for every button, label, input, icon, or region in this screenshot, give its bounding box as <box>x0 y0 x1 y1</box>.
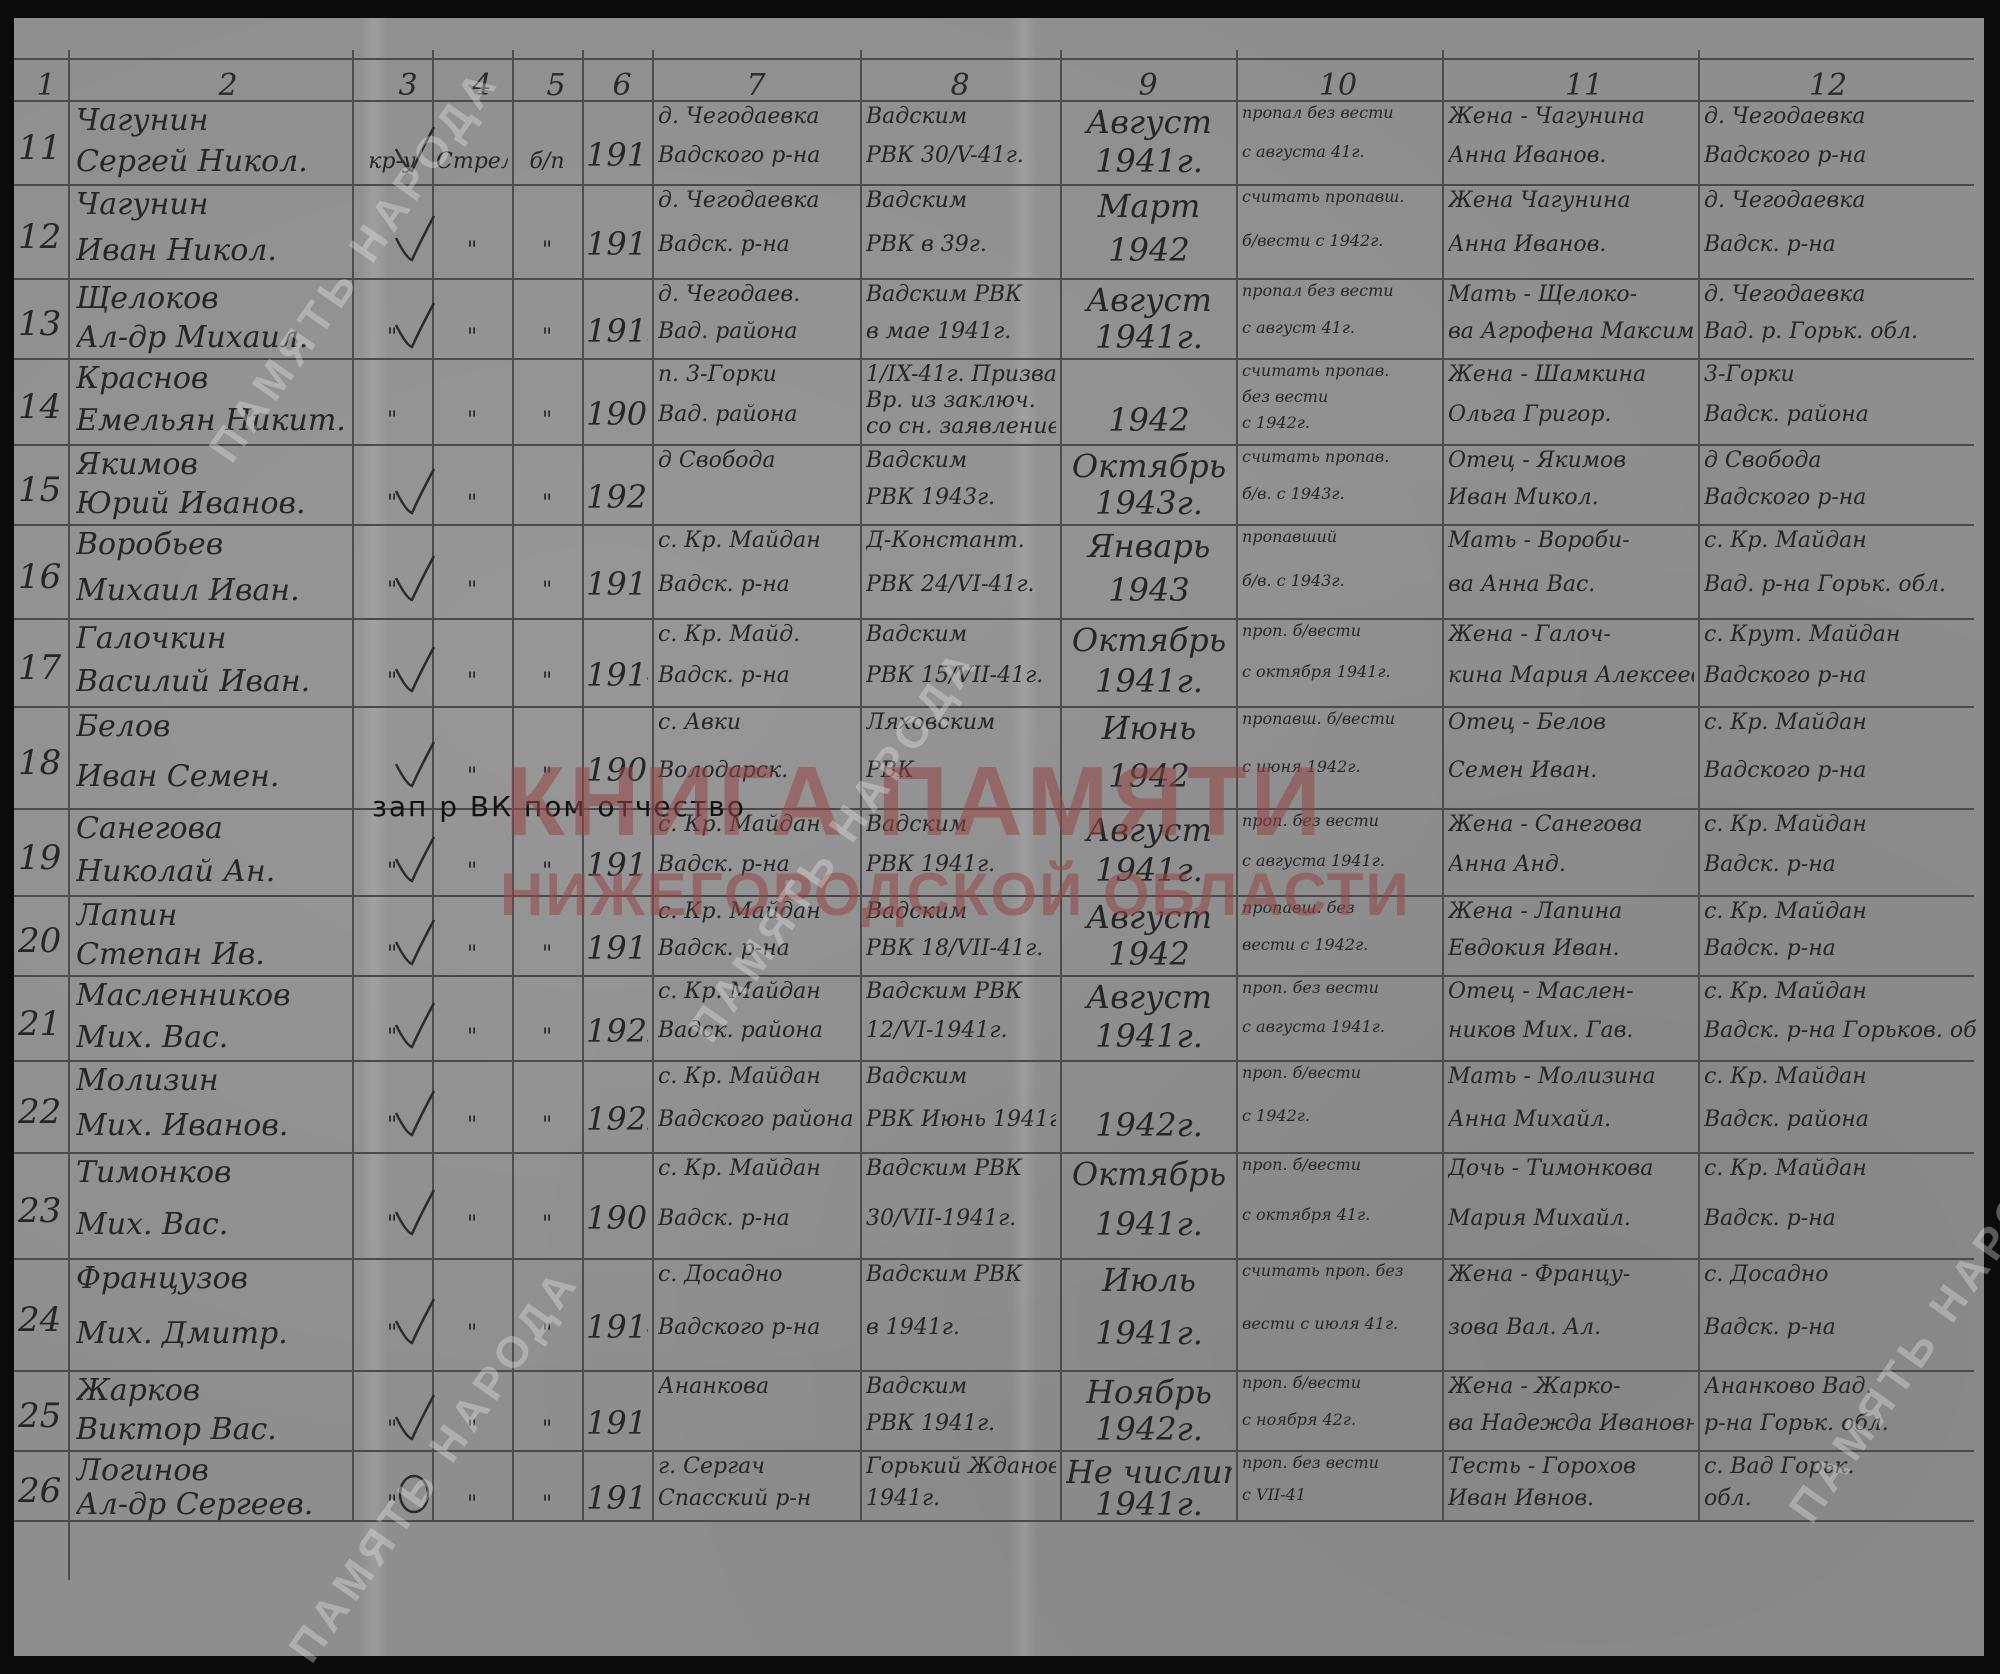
position-cell: " <box>436 1417 508 1442</box>
birth-year: 1922 <box>586 1013 648 1050</box>
col-rule <box>512 50 514 1520</box>
next-of-kin-line: Отец - Якимов <box>1448 448 1694 473</box>
col-header-8: 8 <box>950 68 969 103</box>
fate-line: вести с 1942г. <box>1242 936 1438 954</box>
check-mark-icon <box>392 123 436 177</box>
party-cell: " <box>516 1417 578 1442</box>
conscription-line: Вадским <box>866 899 1056 924</box>
position-cell: " <box>436 1113 508 1138</box>
given-name-patronymic: Мих. Вас. <box>76 1208 348 1243</box>
row-number: 24 <box>18 1301 64 1340</box>
check-mark-icon <box>392 465 436 519</box>
missing-date-line: 1943г. <box>1066 485 1232 522</box>
col-rule <box>1060 50 1062 1520</box>
missing-date-line: 1941г. <box>1066 1018 1232 1055</box>
kin-address-line: с. Вад Горьк. <box>1704 1454 1976 1479</box>
missing-date-line: 1942г. <box>1066 1411 1232 1448</box>
col-rule <box>1442 50 1444 1520</box>
next-of-kin-line: Семен Иван. <box>1448 758 1694 783</box>
position-cell: " <box>436 238 508 263</box>
party-cell: " <box>516 578 578 603</box>
birthplace-line: с. Кр. Майд. <box>658 622 856 647</box>
row-rule <box>14 184 1974 186</box>
next-of-kin-line: Дочь - Тимонкова <box>1448 1156 1694 1181</box>
kin-address-line: Вадск. р-на <box>1704 1315 1976 1340</box>
col-rule <box>352 50 354 1520</box>
missing-date-line: Август <box>1066 282 1232 319</box>
next-of-kin-line: Ольга Григор. <box>1448 402 1694 427</box>
surname: Французов <box>76 1262 348 1297</box>
row-number: 21 <box>18 1005 64 1044</box>
birthplace-line: с. Досадно <box>658 1262 856 1287</box>
birthplace-line: Вадск. р-на <box>658 1206 856 1231</box>
birthplace-line: Вад. района <box>658 402 856 427</box>
conscription-line: Вадским РВК <box>866 282 1056 307</box>
fate-line: с августа 1941г. <box>1242 1018 1438 1036</box>
position-cell: " <box>436 408 508 433</box>
kin-address-line: Вадск. р-на <box>1704 852 1976 877</box>
fate-line: с ноября 42г. <box>1242 1411 1438 1429</box>
conscription-line: в 1941г. <box>866 1315 1056 1340</box>
col-header-4: 4 <box>472 68 491 103</box>
col-header-11: 11 <box>1565 68 1603 103</box>
col-header-3: 3 <box>398 68 417 103</box>
next-of-kin-line: Анна Иванов. <box>1448 232 1694 257</box>
next-of-kin-line: Евдокия Иван. <box>1448 936 1694 961</box>
next-of-kin-line: ва Агрофена Максимовна <box>1448 319 1694 344</box>
surname: Краснов <box>76 362 348 397</box>
kin-address-line: с. Крут. Майдан <box>1704 622 1976 647</box>
kin-address-line: обл. <box>1704 1486 1976 1511</box>
birth-year: 1900 <box>586 396 648 433</box>
row-number: 17 <box>18 649 64 688</box>
check-mark-icon <box>392 738 436 792</box>
col-header-2: 2 <box>218 68 237 103</box>
kin-address-line: с. Кр. Майдан <box>1704 1156 1976 1181</box>
given-name-patronymic: Виктор Вас. <box>76 1413 348 1448</box>
col-header-6: 6 <box>612 68 631 103</box>
check-mark-icon <box>392 999 436 1053</box>
fate-line: с VII-41 <box>1242 1486 1438 1504</box>
position-cell: " <box>436 1212 508 1237</box>
surname: Жарков <box>76 1374 348 1409</box>
conscription-line: РВК 1941г. <box>866 1411 1056 1436</box>
row-number: 20 <box>18 922 64 961</box>
surname: Логинов <box>76 1454 348 1489</box>
surname: Чагунин <box>76 188 348 223</box>
conscription-line: РВК <box>866 758 1056 783</box>
birthplace-line: Вадск. р-на <box>658 852 856 877</box>
check-mark-icon <box>392 299 436 353</box>
check-mark-icon <box>392 552 436 606</box>
conscription-line: Ляховским <box>866 710 1056 735</box>
kin-address-line: Вадск. р-на Горьков. обл. <box>1704 1018 1976 1043</box>
birth-year: 1905 <box>586 1200 648 1237</box>
conscription-line: Вадским <box>866 622 1056 647</box>
conscription-line: РВК 1943г. <box>866 485 1056 510</box>
party-cell: " <box>516 1113 578 1138</box>
fate-line: с августа 1941г. <box>1242 852 1438 870</box>
fate-line: с 1942г. <box>1242 1107 1438 1125</box>
birth-year: 1915 <box>586 1405 648 1442</box>
party-cell: " <box>516 859 578 884</box>
next-of-kin-line: кина Мария Алексеевна <box>1448 663 1694 688</box>
rank-cell: " <box>356 408 428 433</box>
kin-address-line: Вад. р-на Горьк. обл. <box>1704 572 1976 597</box>
fate-line: с октября 41г. <box>1242 1206 1438 1224</box>
missing-date-line: Октябрь <box>1066 448 1232 485</box>
fate-line: проп. б/вести <box>1242 1064 1438 1082</box>
col-header-12: 12 <box>1809 68 1847 103</box>
given-name-patronymic: Ал-др Михаил. <box>76 321 348 356</box>
missing-date-line: 1942 <box>1066 402 1232 439</box>
surname: Якимов <box>76 448 348 483</box>
row-number: 13 <box>18 305 64 344</box>
birthplace-line: с. Кр. Майдан <box>658 899 856 924</box>
fate-line: проп. без вести <box>1242 979 1438 997</box>
col-rule <box>860 50 862 1520</box>
next-of-kin-line: ников Мих. Гав. <box>1448 1018 1694 1043</box>
given-name-patronymic: Иван Никол. <box>76 234 348 269</box>
birthplace-line: д Свобода <box>658 448 856 473</box>
check-mark-icon <box>392 1087 436 1141</box>
party-cell: " <box>516 669 578 694</box>
fate-line: проп. б/вести <box>1242 622 1438 640</box>
row-rule <box>14 618 1974 620</box>
row-rule <box>14 1450 1974 1452</box>
fate-line: считать проп. без <box>1242 1262 1438 1280</box>
fate-line: считать пропавш. <box>1242 188 1438 206</box>
missing-date-line: 1941г. <box>1066 1315 1232 1352</box>
col-header-7: 7 <box>746 68 765 103</box>
kin-address-line: Вадск. р-на <box>1704 936 1976 961</box>
surname: Санегова <box>76 812 348 847</box>
birth-year: 1916 <box>586 1480 648 1517</box>
col-header-5: 5 <box>546 68 565 103</box>
conscription-line: РВК 1941г. <box>866 852 1056 877</box>
birth-year: 1914 <box>586 657 648 694</box>
missing-date-line: Август <box>1066 979 1232 1016</box>
surname: Молизин <box>76 1064 348 1099</box>
row-rule <box>14 975 1974 977</box>
missing-date-line: Июнь <box>1066 710 1232 747</box>
conscription-line: Вадским <box>866 448 1056 473</box>
birthplace-line: Спасский р-н <box>658 1486 856 1511</box>
fate-line: считать пропав. <box>1242 362 1438 380</box>
kin-address-line: с. Досадно <box>1704 1262 1976 1287</box>
conscription-line: Вадским РВК <box>866 1156 1056 1181</box>
missing-date-line: 1941г. <box>1066 663 1232 700</box>
row-number: 19 <box>18 839 64 878</box>
row-rule <box>14 808 1974 810</box>
birthplace-line: Вадского района <box>658 1107 856 1132</box>
kin-address-line: с. Кр. Майдан <box>1704 812 1976 837</box>
fate-line: пропал без вести <box>1242 282 1438 300</box>
missing-date-line: 1941г. <box>1066 319 1232 356</box>
party-cell: " <box>516 325 578 350</box>
fate-line: с август 41г. <box>1242 319 1438 337</box>
conscription-line: РВК 18/VII-41г. <box>866 936 1056 961</box>
birthplace-line: Вадского р-на <box>658 143 856 168</box>
row-rule <box>14 1370 1974 1372</box>
conscription-line: Вадским <box>866 104 1056 129</box>
missing-date-line: 1942 <box>1066 232 1232 269</box>
missing-date-line: 1941г. <box>1066 143 1232 180</box>
position-cell: " <box>436 669 508 694</box>
next-of-kin-line: Отец - Белов <box>1448 710 1694 735</box>
conscription-line: 30/VII-1941г. <box>866 1206 1056 1231</box>
check-mark-icon <box>392 916 436 970</box>
party-cell: " <box>516 238 578 263</box>
next-of-kin-line: Жена - Жарко- <box>1448 1374 1694 1399</box>
fate-line: б/в. с 1943г. <box>1242 485 1438 503</box>
given-name-patronymic: Мих. Вас. <box>76 1021 348 1056</box>
fate-line: с июня 1942г. <box>1242 758 1438 776</box>
next-of-kin-line: Отец - Маслен- <box>1448 979 1694 1004</box>
row-number: 23 <box>18 1192 64 1231</box>
position-cell: " <box>436 764 508 789</box>
conscription-line: РВК Июнь 1941г. <box>866 1107 1056 1132</box>
row-rule <box>14 358 1974 360</box>
given-name-patronymic: Мих. Дмитр. <box>76 1317 348 1352</box>
surname: Галочкин <box>76 622 348 657</box>
row-rule <box>14 1258 1974 1260</box>
fate-line: с 1942г. <box>1242 414 1438 432</box>
next-of-kin-line: Жена Чагунина <box>1448 188 1694 213</box>
conscription-line: 1941г. <box>866 1486 1056 1511</box>
next-of-kin-line: Жена - Чагунина <box>1448 104 1694 129</box>
birthplace-line: Вадск. р-на <box>658 663 856 688</box>
given-name-patronymic: Степан Ив. <box>76 938 348 973</box>
check-mark-icon <box>392 212 436 266</box>
kin-address-line: Вадск. р-на <box>1704 1206 1976 1231</box>
birth-year: 1919 <box>586 847 648 884</box>
kin-address-line: 3-Горки <box>1704 362 1976 387</box>
conscription-line: 1/IX-41г. Призван <box>866 362 1056 387</box>
missing-date-line: 1943 <box>1066 572 1232 609</box>
row-number: 26 <box>18 1472 64 1511</box>
party-cell: " <box>516 1025 578 1050</box>
row-rule <box>14 706 1974 708</box>
given-name-patronymic: Сергей Никол. <box>76 145 348 180</box>
birthplace-line: Ананкова <box>658 1374 856 1399</box>
fate-line: вести с июля 41г. <box>1242 1315 1438 1333</box>
party-cell: " <box>516 408 578 433</box>
row-number: 25 <box>18 1397 64 1436</box>
next-of-kin-line: Мария Михайл. <box>1448 1206 1694 1231</box>
next-of-kin-line: Жена - Лапина <box>1448 899 1694 924</box>
kin-address-line: Вадск. р-на <box>1704 232 1976 257</box>
header-bottom-rule <box>14 100 1974 102</box>
row-number: 22 <box>18 1093 64 1132</box>
missing-date-line: Январь <box>1066 528 1232 565</box>
row-number: 14 <box>18 388 64 427</box>
kin-address-line: Вадск. района <box>1704 402 1976 427</box>
birthplace-line: Вадского р-на <box>658 1315 856 1340</box>
fate-line: проп. без вести <box>1242 812 1438 830</box>
birthplace-line: Вадск. р-на <box>658 936 856 961</box>
fate-line: б/вести с 1942г. <box>1242 232 1438 250</box>
missing-date-line: Октябрь <box>1066 622 1232 659</box>
missing-date-line: 1941г. <box>1066 852 1232 889</box>
missing-date-line: Март <box>1066 188 1232 225</box>
fate-line: без вести <box>1242 388 1438 406</box>
given-name-patronymic: Василий Иван. <box>76 665 348 700</box>
position-cell: Стрел. <box>436 149 508 174</box>
next-of-kin-line: Иван Микол. <box>1448 485 1694 510</box>
position-cell: " <box>436 1321 508 1346</box>
next-of-kin-line: ва Надежда Ивановна <box>1448 1411 1694 1436</box>
birthplace-line: г. Сергач <box>658 1454 856 1479</box>
next-of-kin-line: ва Анна Вас. <box>1448 572 1694 597</box>
next-of-kin-line: Мать - Молизина <box>1448 1064 1694 1089</box>
next-of-kin-line: Жена - Санегова <box>1448 812 1694 837</box>
position-cell: " <box>436 859 508 884</box>
position-cell: " <box>436 578 508 603</box>
conscription-line: РВК 24/VI-41г. <box>866 572 1056 597</box>
birth-year: 1922 <box>586 1101 648 1138</box>
birthplace-line: д. Чегодаевка <box>658 104 856 129</box>
birth-year: 1913 <box>586 313 648 350</box>
birthplace-line: д. Чегодаевка <box>658 188 856 213</box>
given-name-patronymic: Михаил Иван. <box>76 574 348 609</box>
row-rule <box>14 278 1974 280</box>
next-of-kin-line: Тесть - Горохов <box>1448 1454 1694 1479</box>
birthplace-line: с. Авки <box>658 710 856 735</box>
birth-year: 1905 <box>586 752 648 789</box>
surname: Масленников <box>76 979 348 1014</box>
given-name-patronymic: Мих. Иванов. <box>76 1109 348 1144</box>
row-number: 16 <box>18 558 64 597</box>
conscription-line: 12/VI-1941г. <box>866 1018 1056 1043</box>
missing-date-line: 1942г. <box>1066 1107 1232 1144</box>
check-mark-icon <box>392 833 436 887</box>
next-of-kin-line: Мать - Щелоко- <box>1448 282 1694 307</box>
birthplace-line: с. Кр. Майдан <box>658 1156 856 1181</box>
party-cell: б/п <box>516 149 578 174</box>
next-of-kin-line: Анна Иванов. <box>1448 143 1694 168</box>
fate-line: пропавший <box>1242 528 1438 546</box>
birth-year: 1914 <box>586 1309 648 1346</box>
missing-date-line: 1941г. <box>1066 1206 1232 1243</box>
kin-address-line: с. Кр. Майдан <box>1704 710 1976 735</box>
kin-address-line: д Свобода <box>1704 448 1976 473</box>
circle-mark-icon <box>392 1464 436 1518</box>
next-of-kin-line: Жена - Францу- <box>1448 1262 1694 1287</box>
kin-address-line: Вадского р-на <box>1704 758 1976 783</box>
position-cell: " <box>436 1025 508 1050</box>
given-name-patronymic: Николай Ан. <box>76 855 348 890</box>
birthplace-line: с. Кр. Майдан <box>658 1064 856 1089</box>
kin-address-line: с. Кр. Майдан <box>1704 979 1976 1004</box>
next-of-kin-line: зова Вал. Ал. <box>1448 1315 1694 1340</box>
given-name-patronymic: Ал-др Сергеев. <box>76 1488 348 1523</box>
fate-line: проп. без вести <box>1242 1454 1438 1472</box>
conscription-line: Вадским <box>866 1374 1056 1399</box>
conscription-line: со сн. заявлением <box>866 414 1056 439</box>
conscription-line: Горький Ждановский РВК <box>866 1454 1056 1479</box>
col-header-9: 9 <box>1138 68 1157 103</box>
given-name-patronymic: Иван Семен. <box>76 760 348 795</box>
kin-address-line: Вадского р-на <box>1704 143 1976 168</box>
birthplace-line: с. Кр. Майдан <box>658 979 856 1004</box>
fate-line: б/в. с 1943г. <box>1242 572 1438 590</box>
birth-year: 1919 <box>586 226 648 263</box>
given-name-patronymic: Емельян Никит. <box>76 404 348 439</box>
missing-date-line: 1941г. <box>1066 1486 1232 1523</box>
row-number: 11 <box>18 129 64 168</box>
next-of-kin-line: Иван Ивнов. <box>1448 1486 1694 1511</box>
kin-address-line: с. Кр. Майдан <box>1704 1064 1976 1089</box>
row-rule <box>14 895 1974 897</box>
col-header-1: 1 <box>36 68 55 103</box>
birthplace-line: с. Кр. Майдан <box>658 528 856 553</box>
party-cell: " <box>516 1321 578 1346</box>
birthplace-line: Вадск. р-на <box>658 232 856 257</box>
party-cell: " <box>516 1212 578 1237</box>
fate-line: с августа 41г. <box>1242 143 1438 161</box>
check-mark-icon <box>392 643 436 697</box>
next-of-kin-line: Анна Анд. <box>1448 852 1694 877</box>
row-rule <box>14 524 1974 526</box>
fate-line: пропавш. б/вести <box>1242 710 1438 728</box>
birth-year: 1911 <box>586 137 648 174</box>
missing-date-line: 1942 <box>1066 758 1232 795</box>
kin-address-line: Вад. р. Горьк. обл. <box>1704 319 1976 344</box>
conscription-line: Вадским <box>866 188 1056 213</box>
col-rule <box>582 50 584 1520</box>
next-of-kin-line: Мать - Вороби- <box>1448 528 1694 553</box>
kin-address-line: д. Чегодаевка <box>1704 282 1976 307</box>
position-cell: " <box>436 1492 508 1517</box>
fate-line: проп. б/вести <box>1242 1156 1438 1174</box>
handwritten-annotation: зап р ВК пом отчество <box>372 790 746 823</box>
missing-date-line: Август <box>1066 104 1232 141</box>
row-rule <box>14 1152 1974 1154</box>
kin-address-line: с. Кр. Майдан <box>1704 899 1976 924</box>
conscription-line: Вадским <box>866 812 1056 837</box>
party-cell: " <box>516 491 578 516</box>
next-of-kin-line: Анна Михайл. <box>1448 1107 1694 1132</box>
birthplace-line: д. Чегодаев. <box>658 282 856 307</box>
missing-date-line: Август <box>1066 812 1232 849</box>
surname: Щелоков <box>76 282 348 317</box>
conscription-line: Вр. из заключ. <box>866 388 1056 413</box>
conscription-line: Вадским <box>866 1064 1056 1089</box>
birthplace-line: Вад. района <box>658 319 856 344</box>
kin-address-line: Вадского р-на <box>1704 485 1976 510</box>
missing-date-line: Июль <box>1066 1262 1232 1299</box>
position-cell: " <box>436 325 508 350</box>
kin-address-line: Вадского р-на <box>1704 663 1976 688</box>
fate-line: с октября 1941г. <box>1242 663 1438 681</box>
row-number: 12 <box>18 218 64 257</box>
check-mark-icon <box>392 1186 436 1240</box>
position-cell: " <box>436 491 508 516</box>
next-of-kin-line: Жена - Галоч- <box>1448 622 1694 647</box>
missing-date-line: 1942 <box>1066 936 1232 973</box>
col-header-10: 10 <box>1319 68 1357 103</box>
conscription-line: РВК в 39г. <box>866 232 1056 257</box>
birth-year: 1911 <box>586 566 648 603</box>
party-cell: " <box>516 764 578 789</box>
surname: Чагунин <box>76 104 348 139</box>
check-mark-icon <box>392 1295 436 1349</box>
surname: Белов <box>76 710 348 745</box>
fate-line: пропавш. без <box>1242 899 1438 917</box>
next-of-kin-line: Жена - Шамкина <box>1448 362 1694 387</box>
row-number: 18 <box>18 744 64 783</box>
